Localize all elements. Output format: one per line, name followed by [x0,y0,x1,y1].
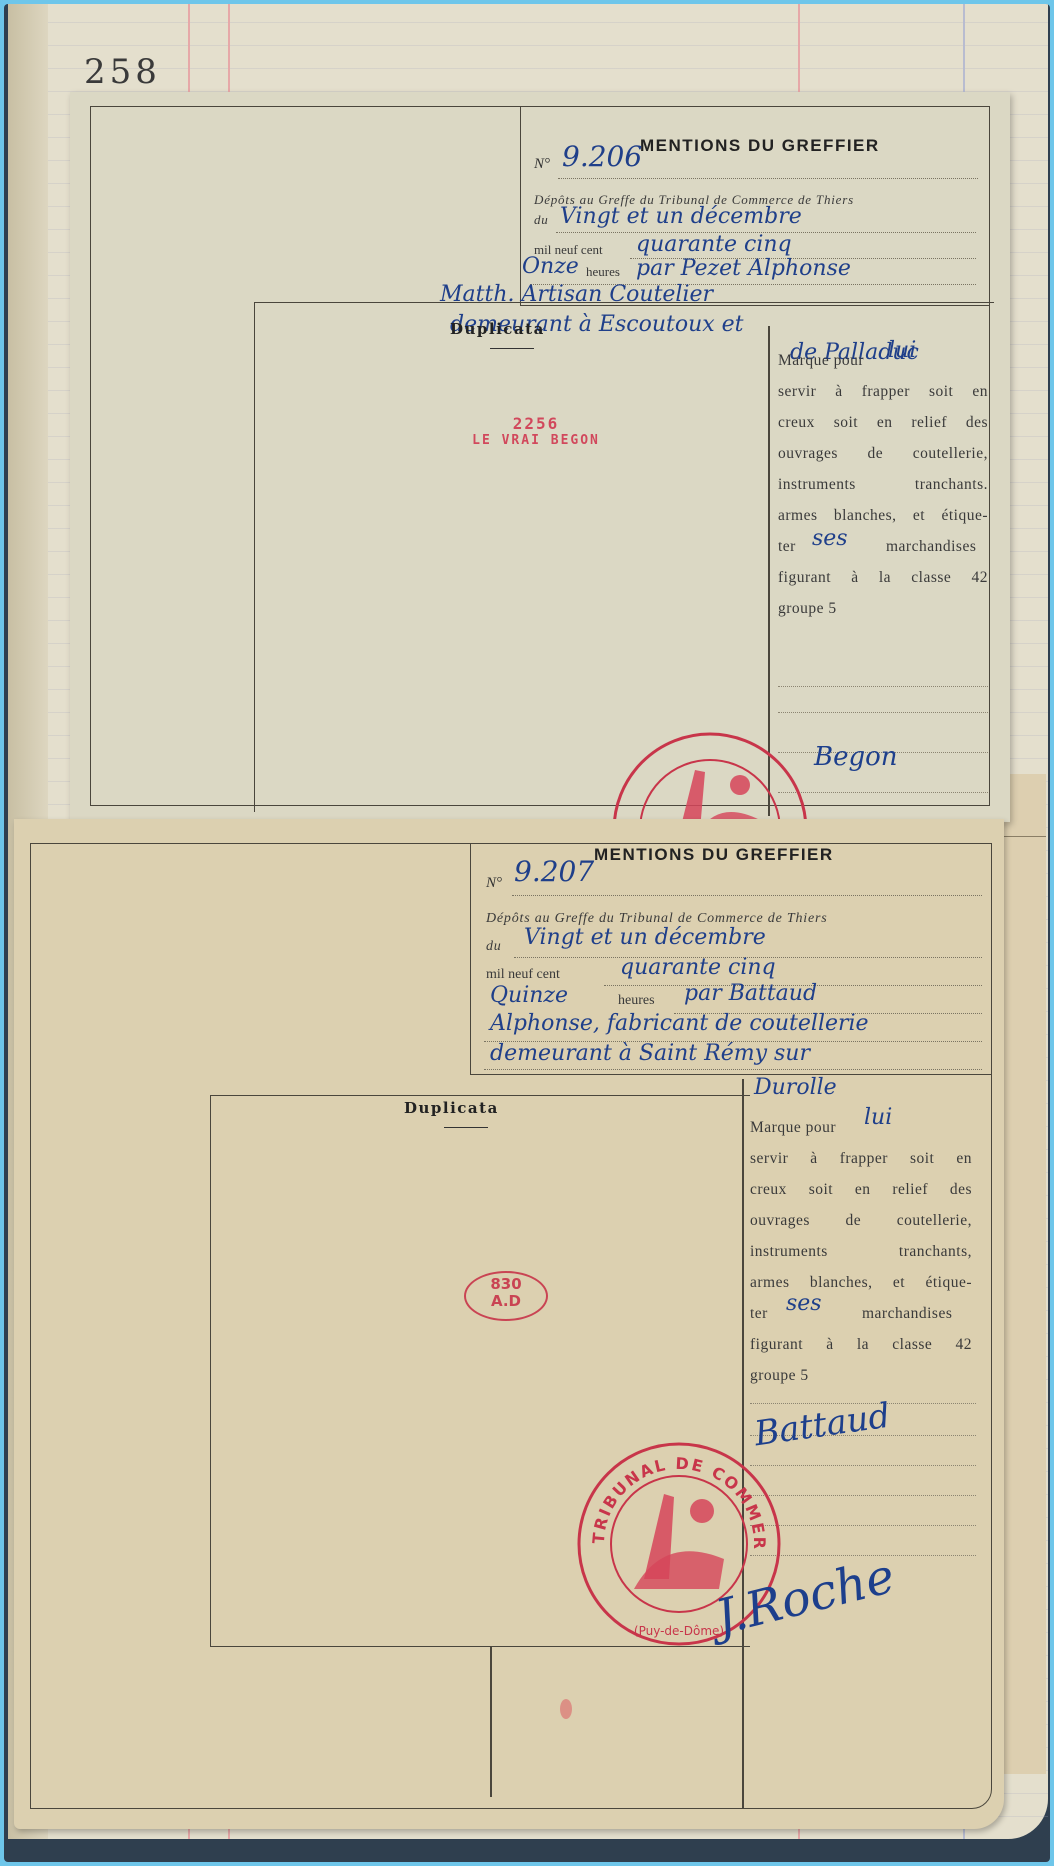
registration-number: 9.207 [514,855,594,888]
registration-form-9207: MENTIONS DU GREFFIER N° 9.207 Dépôts au … [14,819,1004,1829]
mil-label: mil neuf cent [486,967,560,983]
hour-value: Onze [522,254,579,279]
signature-begon: Begon [814,742,898,772]
number-label: N° [534,156,550,173]
hour-value: Quinze [490,983,568,1008]
date-year: quarante cinq [620,955,776,980]
mentions-title: MENTIONS DU GREFFIER [594,845,834,865]
duplicata-label: Duplicata [450,320,545,338]
date-year: quarante cinq [636,232,792,257]
registration-number: 9.206 [562,140,642,173]
bottom-divider [490,1647,492,1797]
number-label: N° [486,875,502,892]
red-stamp-impression: 2256 LE VRAI BEGON [456,414,616,448]
photo-frame: 258 MENTIONS DU GREFFIER N° 9.206 Dépôts… [4,4,1050,1862]
red-ink-spot [560,1699,572,1719]
registration-form-9206: MENTIONS DU GREFFIER N° 9.206 Dépôts au … [70,92,1010,822]
mentions-title: MENTIONS DU GREFFIER [640,136,880,156]
oval-stamp-830: 830 A.D [464,1271,548,1321]
depositor-profession: Alphonse, fabricant de coutellerie [490,1011,869,1036]
date-day: Vingt et un décembre [524,925,766,950]
tribunal-seal-icon [610,730,810,830]
du-label: du [486,939,502,955]
heures-label: heures [618,993,655,1009]
depositor: par Battaud [684,981,817,1006]
depositor: par Pezet Alphonse [636,256,851,281]
date-day: Vingt et un décembre [560,204,802,229]
depositor-address: demeurant à Saint Rémy sur [490,1041,810,1066]
depositor-address-2: Durolle [754,1075,837,1100]
svg-text:(Puy-de-Dôme): (Puy-de-Dôme) [634,1624,724,1638]
heures-label: heures [586,264,620,280]
duplicata-label: Duplicata [404,1099,499,1117]
page-number: 258 [84,52,161,92]
du-label: du [534,212,549,228]
